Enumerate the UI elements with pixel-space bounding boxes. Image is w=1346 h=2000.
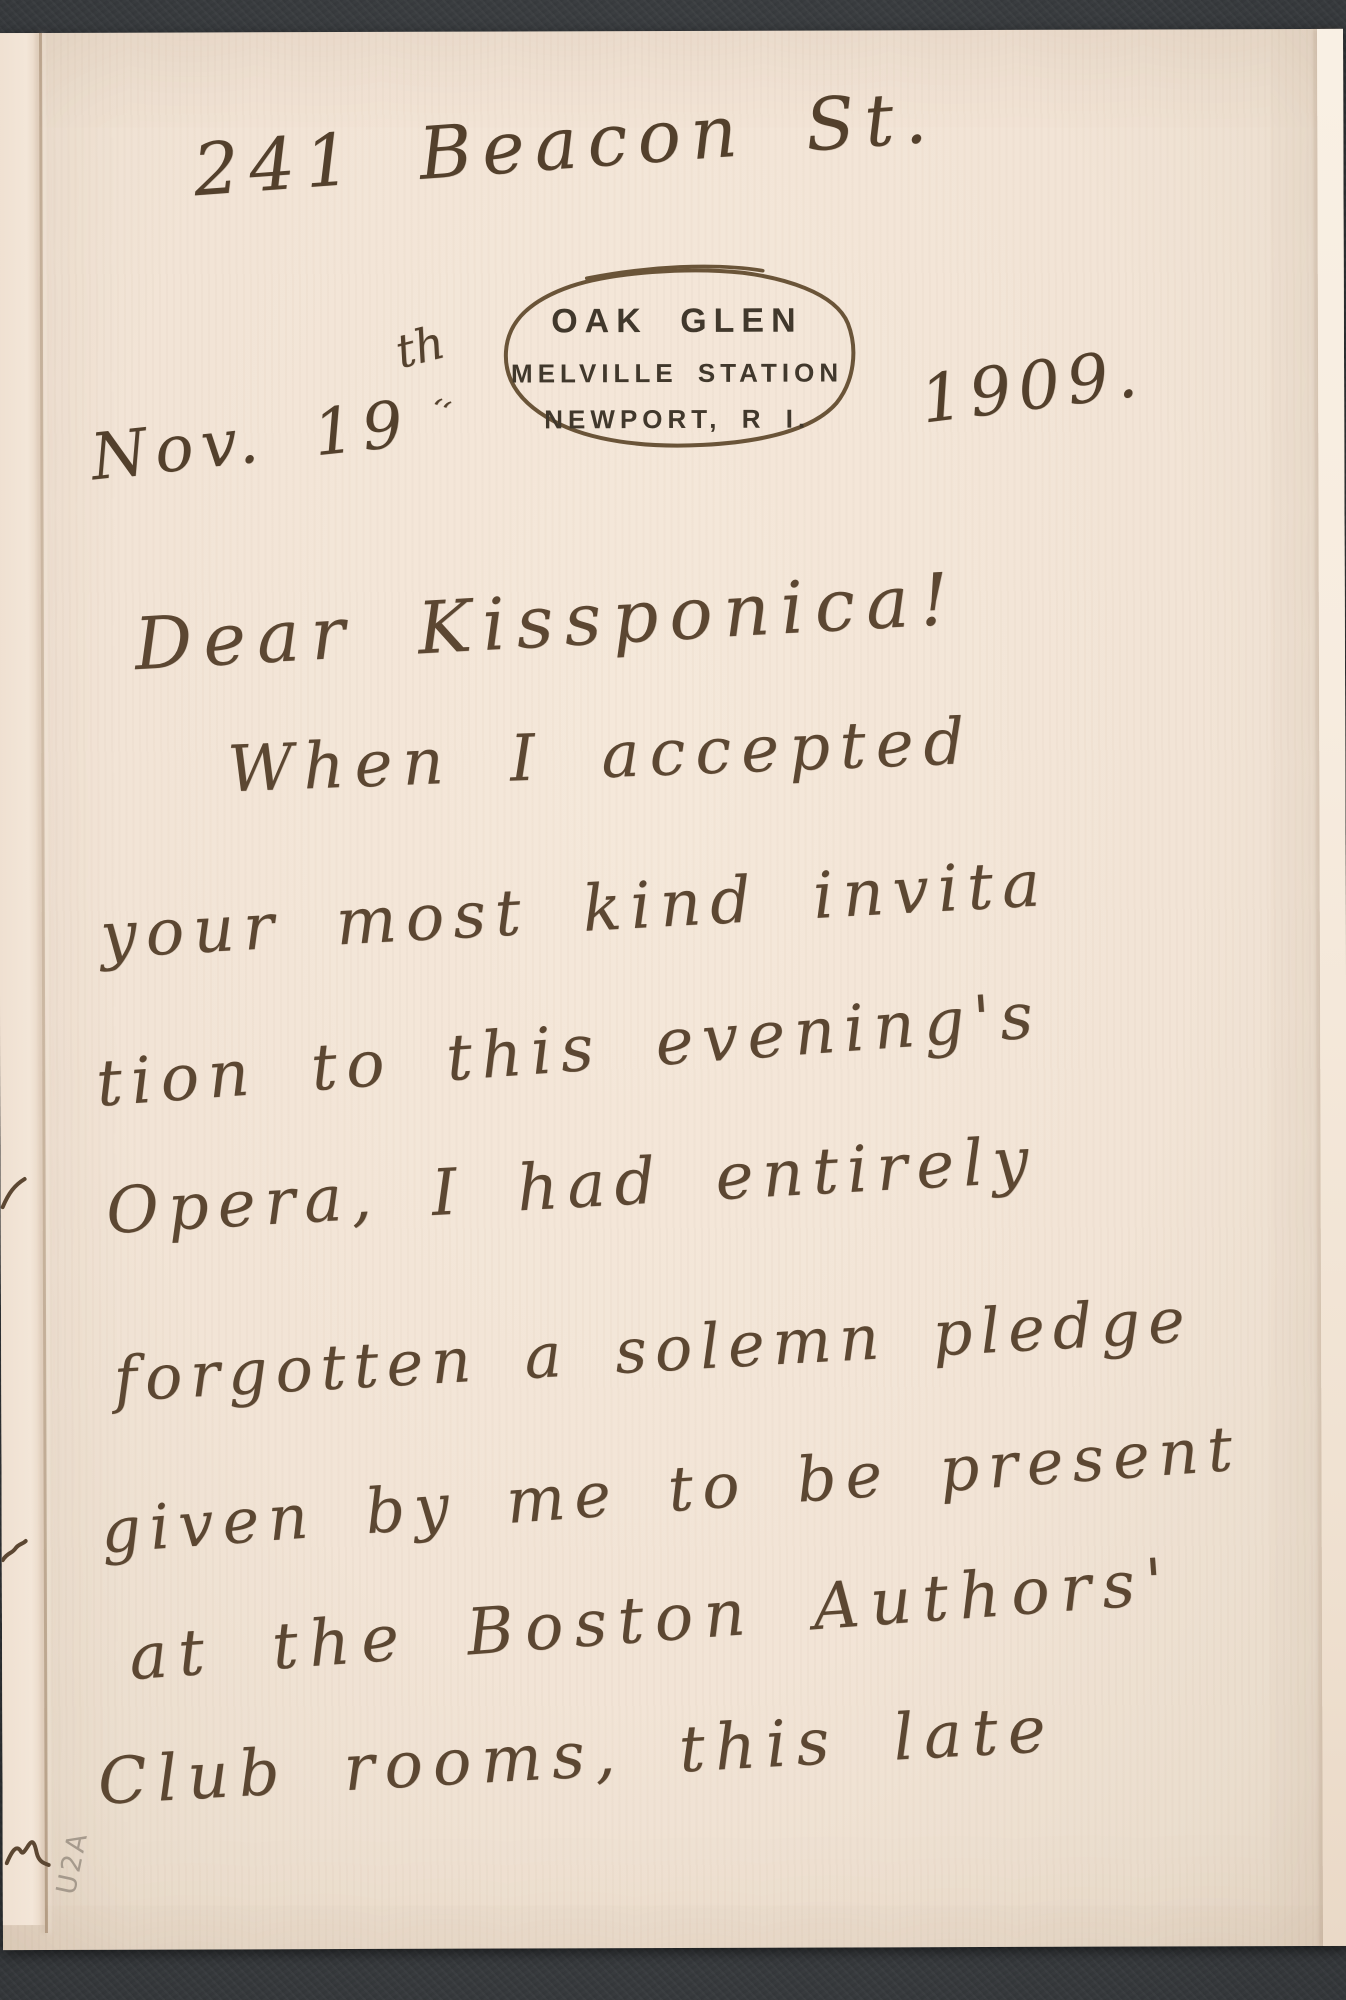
body-line: forgotten a solemn pledge <box>112 1283 1195 1416</box>
letter-paper: 241 Beacon St. OAK GLEN MELVILLE STATION… <box>0 29 1346 1950</box>
date-ordinal: th <box>390 315 450 379</box>
body-line: your most kind invita <box>98 847 1051 974</box>
body-line: When I accepted <box>226 705 976 807</box>
handwritten-date: Nov. 19 <box>87 387 414 495</box>
body-line: at the Boston Authors' <box>127 1545 1177 1695</box>
ink-offset-mark <box>1 1173 31 1213</box>
body-line: Opera, I had entirely <box>104 1124 1039 1250</box>
pencil-archival-note: U2A <box>51 1828 95 1897</box>
letterhead-stamp: OAK GLEN MELVILLE STATION NEWPORT, R I. <box>491 261 864 452</box>
page-fold-edge <box>0 33 45 1925</box>
body-line: tion to this evening's <box>94 979 1045 1122</box>
ordinal-tick-mark: ʻʻ <box>425 392 454 431</box>
salutation: Dear Kissponica! <box>132 557 962 687</box>
letter-photo: 241 Beacon St. OAK GLEN MELVILLE STATION… <box>0 0 1346 2000</box>
stamp-station: MELVILLE STATION <box>491 357 863 389</box>
body-line: Club rooms, this late <box>96 1693 1057 1820</box>
paper-right-edge-highlight <box>1317 29 1346 1946</box>
handwritten-year: 1909. <box>916 334 1148 438</box>
ink-offset-mark <box>5 1833 51 1881</box>
stamp-city: NEWPORT, R I. <box>491 403 863 435</box>
handwritten-address: 241 Beacon St. <box>190 74 939 212</box>
ink-offset-mark <box>2 1538 28 1568</box>
stamp-name: OAK GLEN <box>491 301 863 341</box>
body-line: given by me to be present <box>98 1411 1243 1567</box>
